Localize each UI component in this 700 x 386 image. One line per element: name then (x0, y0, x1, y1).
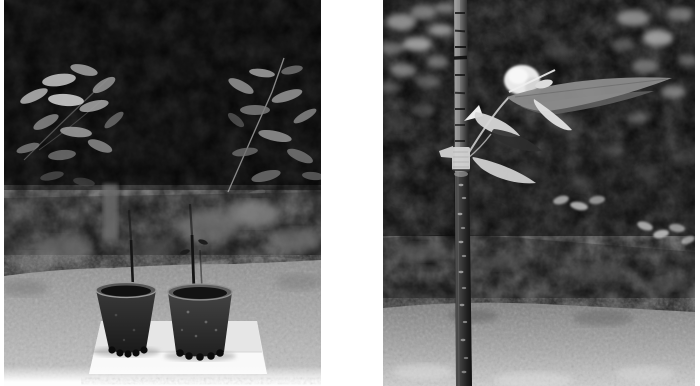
photo-left-potted-saplings (4, 0, 321, 386)
photo-right-svg (383, 0, 695, 386)
photo-bottom-fade (4, 366, 321, 386)
pale-leaf-blob-core (508, 68, 528, 84)
right-pot (168, 284, 232, 361)
tree-trunk-silhouette (103, 184, 118, 240)
photo-right-graft-closeup (383, 0, 695, 386)
page (0, 0, 700, 386)
lawn (383, 300, 695, 386)
photo-left-svg (4, 0, 321, 386)
